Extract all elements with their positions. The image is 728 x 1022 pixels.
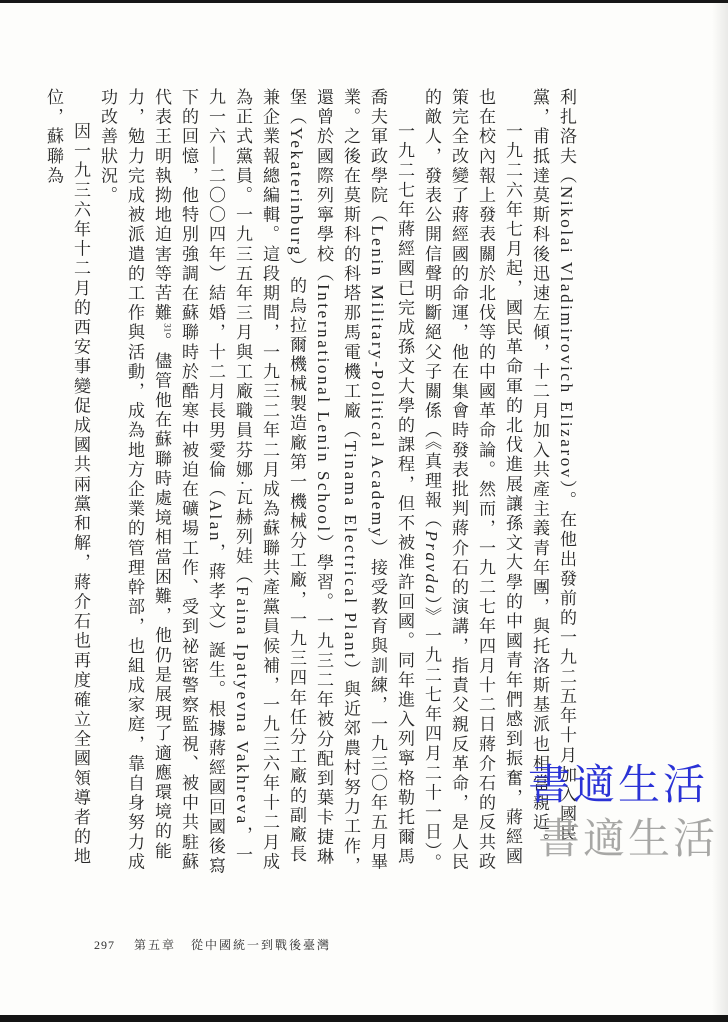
text-run: 因一九三六年十二月的西安事變促成國共兩黨和解，蔣介石也再度確立全國領導者的地位，… bbox=[44, 88, 90, 867]
text-run: ）》一九二七年四月二十一日）。 bbox=[422, 596, 441, 873]
text-run: 利扎洛夫（Nikolai Vladimirovich Elizarov）。在他出… bbox=[530, 88, 576, 852]
chapter-label: 第五章 bbox=[134, 938, 176, 952]
book-page-scan: 利扎洛夫（Nikolai Vladimirovich Elizarov）。在他出… bbox=[0, 0, 728, 1022]
page-edge-shade bbox=[712, 3, 728, 1015]
scan-edge-top bbox=[0, 0, 728, 3]
italic-latin-text: Pravda bbox=[422, 530, 441, 596]
page-number: 297 bbox=[94, 938, 115, 952]
text-block: 利扎洛夫（Nikolai Vladimirovich Elizarov）。在他出… bbox=[40, 88, 580, 882]
paragraph: 利扎洛夫（Nikolai Vladimirovich Elizarov）。在他出… bbox=[526, 88, 580, 882]
chapter-title: 從中國統一到戰後臺灣 bbox=[191, 938, 331, 952]
footnote-marker: 31 bbox=[163, 323, 173, 332]
paragraph: 因一九三六年十二月的西安事變促成國共兩黨和解，蔣介石也再度確立全國領導者的地位，… bbox=[40, 88, 94, 882]
page-footer: 297 第五章 從中國統一到戰後臺灣 bbox=[94, 936, 331, 953]
text-run: 一九二七年蔣經國已完成孫文大學的課程，但不被准許回國。同年進入列寧格勒托爾馬喬夫… bbox=[152, 88, 414, 876]
paragraph: 一九二七年蔣經國已完成孫文大學的課程，但不被准許回國。同年進入列寧格勒托爾馬喬夫… bbox=[94, 88, 418, 882]
paragraph: 一九二六年七月起，國民革命軍的北伐進展讓孫文大學的中國青年們感到振奮，蔣經國也在… bbox=[418, 88, 526, 882]
scan-edge-bottom bbox=[0, 1015, 728, 1022]
